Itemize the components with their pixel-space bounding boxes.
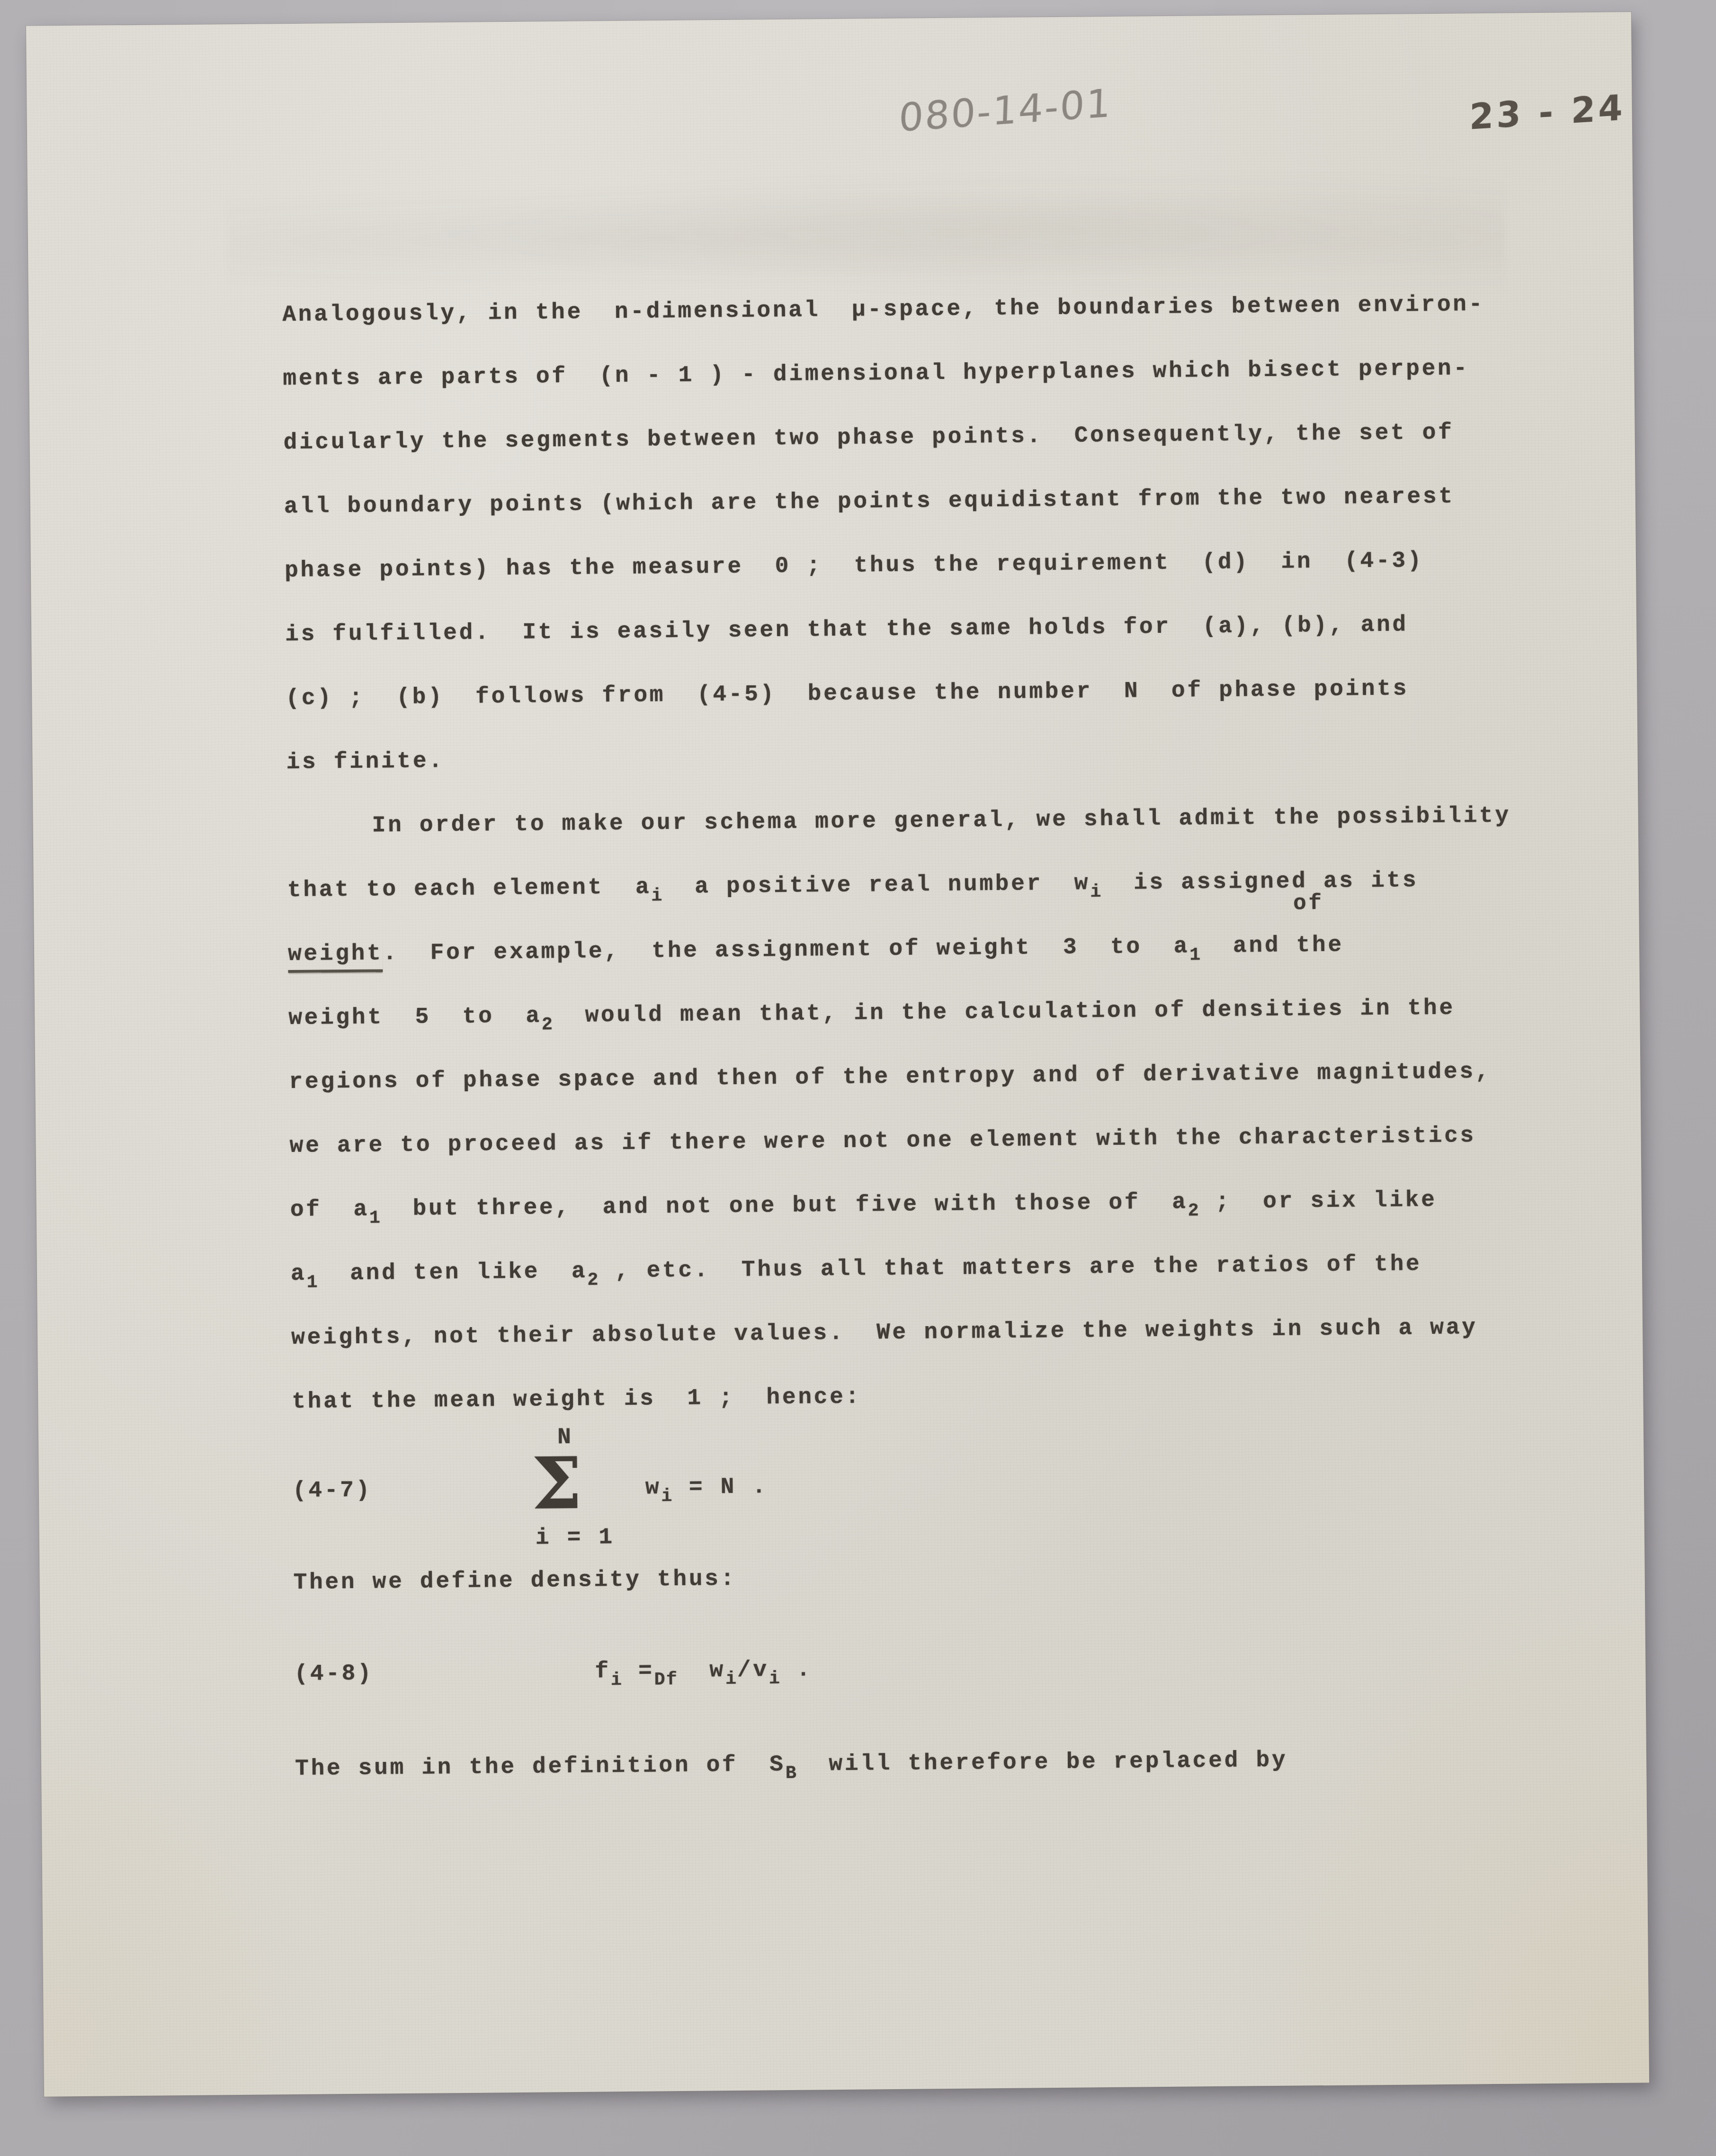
- text-segment: i: [611, 1670, 623, 1690]
- inserted-word-of: of: [1293, 889, 1324, 918]
- text-line: is finite.: [286, 747, 445, 777]
- text-segment: , etc. Thus all that matters are the rat…: [599, 1251, 1421, 1284]
- text-line: that the mean weight is 1 ; hence:: [292, 1383, 861, 1416]
- text-segment: (c) ; (b) follows from (4-5) because the…: [286, 676, 1409, 711]
- equation-4-8: (4-8) fi =Df wi/vi .: [294, 1653, 1147, 1717]
- eq47-expression: wi = N .: [645, 1473, 768, 1503]
- text-line: dicularly the segments between two phase…: [283, 419, 1454, 458]
- text-line: a1 and ten like a2 , etc. Thus all that …: [291, 1250, 1422, 1289]
- equation-4-7: (4-7) N Σ i = 1 wi = N .: [292, 1419, 1051, 1582]
- text-segment: i: [661, 1486, 673, 1507]
- eq47-lower-bound: i = 1: [536, 1523, 615, 1552]
- text-segment: 2: [587, 1270, 599, 1291]
- text-segment: i: [769, 1668, 781, 1689]
- text-segment: regions of phase space and then of the e…: [289, 1059, 1491, 1095]
- text-line: In order to make our schema more general…: [372, 802, 1511, 840]
- text-segment: 1: [369, 1208, 381, 1229]
- text-segment: ; or six like: [1199, 1187, 1437, 1215]
- text-segment: =: [623, 1658, 654, 1684]
- ghost-impression: [226, 170, 1506, 304]
- text-segment: that to each element a: [287, 874, 652, 903]
- text-segment: is finite.: [286, 748, 445, 775]
- text-line: ments are parts of (n - 1 ) - dimensiona…: [283, 354, 1469, 393]
- then-define-density-line: Then we define density thus:: [293, 1565, 736, 1597]
- text-segment: i: [725, 1669, 737, 1689]
- text-segment: is fulfilled. It is easily seen that the…: [285, 612, 1408, 647]
- closing-line: The sum in the definition of SB will the…: [295, 1746, 1288, 1784]
- text-segment: i: [651, 885, 663, 906]
- text-segment: f: [595, 1659, 611, 1684]
- text-segment: that the mean weight is 1 ; hence:: [292, 1384, 861, 1415]
- text-segment: will therefore be replaced by: [797, 1748, 1287, 1778]
- text-segment: and ten like a: [318, 1259, 587, 1287]
- text-segment: The sum in the definition of S: [295, 1752, 786, 1782]
- sigma-summation-icon: Σ: [531, 1448, 584, 1519]
- annotation-doc-number: 080-14-01: [898, 81, 1113, 141]
- text-line: that to each element ai a positive real …: [287, 866, 1419, 906]
- annotation-page-number: 23 - 24: [1469, 88, 1626, 138]
- text-segment: and the: [1201, 933, 1344, 960]
- text-segment: phase points) has the measure 0 ; thus t…: [285, 548, 1424, 584]
- text-segment: 1: [306, 1272, 318, 1293]
- text-line: weights, not their absolute values. We n…: [291, 1313, 1478, 1352]
- text-segment: ments are parts of (n - 1 ) - dimensiona…: [283, 356, 1469, 392]
- text-segment: but three, and not one but five with tho…: [381, 1190, 1188, 1222]
- text-segment: In order to make our schema more general…: [372, 803, 1511, 839]
- text-line: we are to proceed as if there were not o…: [289, 1122, 1476, 1160]
- paper: 080-14-01 23 - 24 Analogously, in the n-…: [26, 12, 1649, 2096]
- text-segment: dicularly the segments between two phase…: [283, 420, 1454, 456]
- text-segment: we are to proceed as if there were not o…: [289, 1123, 1476, 1159]
- text-segment: of a: [290, 1197, 369, 1223]
- text-segment: 2: [1188, 1200, 1199, 1221]
- text-line: of a1 but three, and not one but five wi…: [290, 1186, 1437, 1225]
- scan-background: 080-14-01 23 - 24 Analogously, in the n-…: [0, 0, 1716, 2156]
- text-segment: weight: [288, 939, 383, 973]
- text-segment: would mean that, in the calculation of d…: [554, 996, 1455, 1029]
- text-line: regions of phase space and then of the e…: [289, 1058, 1491, 1096]
- text-segment: weight 5 to a: [288, 1003, 542, 1031]
- text-segment: .: [781, 1657, 813, 1683]
- text-segment: is assigned as its: [1102, 868, 1419, 896]
- text-segment: a: [291, 1261, 307, 1287]
- eq48-label: (4-8): [294, 1660, 374, 1689]
- text-segment: 2: [542, 1014, 554, 1035]
- text-line: is fulfilled. It is easily seen that the…: [285, 611, 1408, 649]
- text-segment: 1: [1189, 944, 1201, 965]
- text-segment: Df: [654, 1669, 678, 1690]
- eq47-label: (4-7): [293, 1476, 372, 1505]
- text-segment: w: [678, 1658, 725, 1684]
- text-segment: B: [786, 1763, 797, 1784]
- text-segment: w: [645, 1475, 661, 1500]
- text-line: (c) ; (b) follows from (4-5) because the…: [286, 674, 1409, 713]
- text-segment: = N .: [673, 1474, 768, 1500]
- text-segment: all boundary points (which are the point…: [284, 484, 1455, 520]
- text-line: weight 5 to a2 would mean that, in the c…: [288, 994, 1455, 1033]
- text-line: all boundary points (which are the point…: [284, 483, 1455, 521]
- text-segment: i: [1090, 881, 1102, 902]
- text-line: phase points) has the measure 0 ; thus t…: [285, 547, 1424, 585]
- eq48-expression: fi =Df wi/vi .: [595, 1656, 813, 1687]
- text-segment: /v: [737, 1657, 769, 1683]
- text-segment: . For example, the assignment of weight …: [383, 934, 1189, 967]
- text-line: weight. For example, the assignment of w…: [288, 931, 1344, 973]
- text-segment: a positive real number w: [663, 871, 1090, 900]
- text-segment: weights, not their absolute values. We n…: [291, 1315, 1478, 1351]
